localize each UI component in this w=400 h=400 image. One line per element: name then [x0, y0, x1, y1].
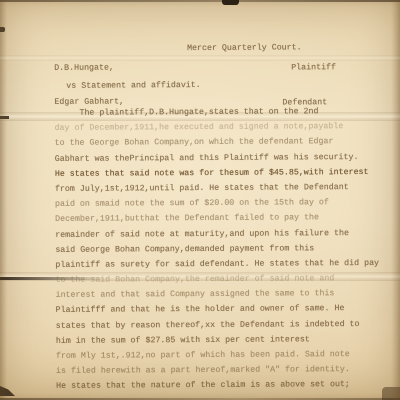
- document-body: The plaintiff,D.B.Hungate,states that on…: [54, 104, 371, 394]
- plaintiff-name: D.B.Hungate,: [54, 61, 114, 77]
- court-name: Mercer Quarterly Court.: [187, 40, 302, 56]
- plaintiff-label: Plaintiff: [291, 60, 336, 75]
- scanned-document: Mercer Quarterly Court. D.B.Hungate, Pla…: [0, 0, 400, 400]
- vs-statement-line: vs Statement and affidavit.: [66, 78, 201, 94]
- typewritten-text: Mercer Quarterly Court. D.B.Hungate, Pla…: [0, 0, 400, 400]
- body-line: He states that the nature of the claim i…: [56, 377, 371, 394]
